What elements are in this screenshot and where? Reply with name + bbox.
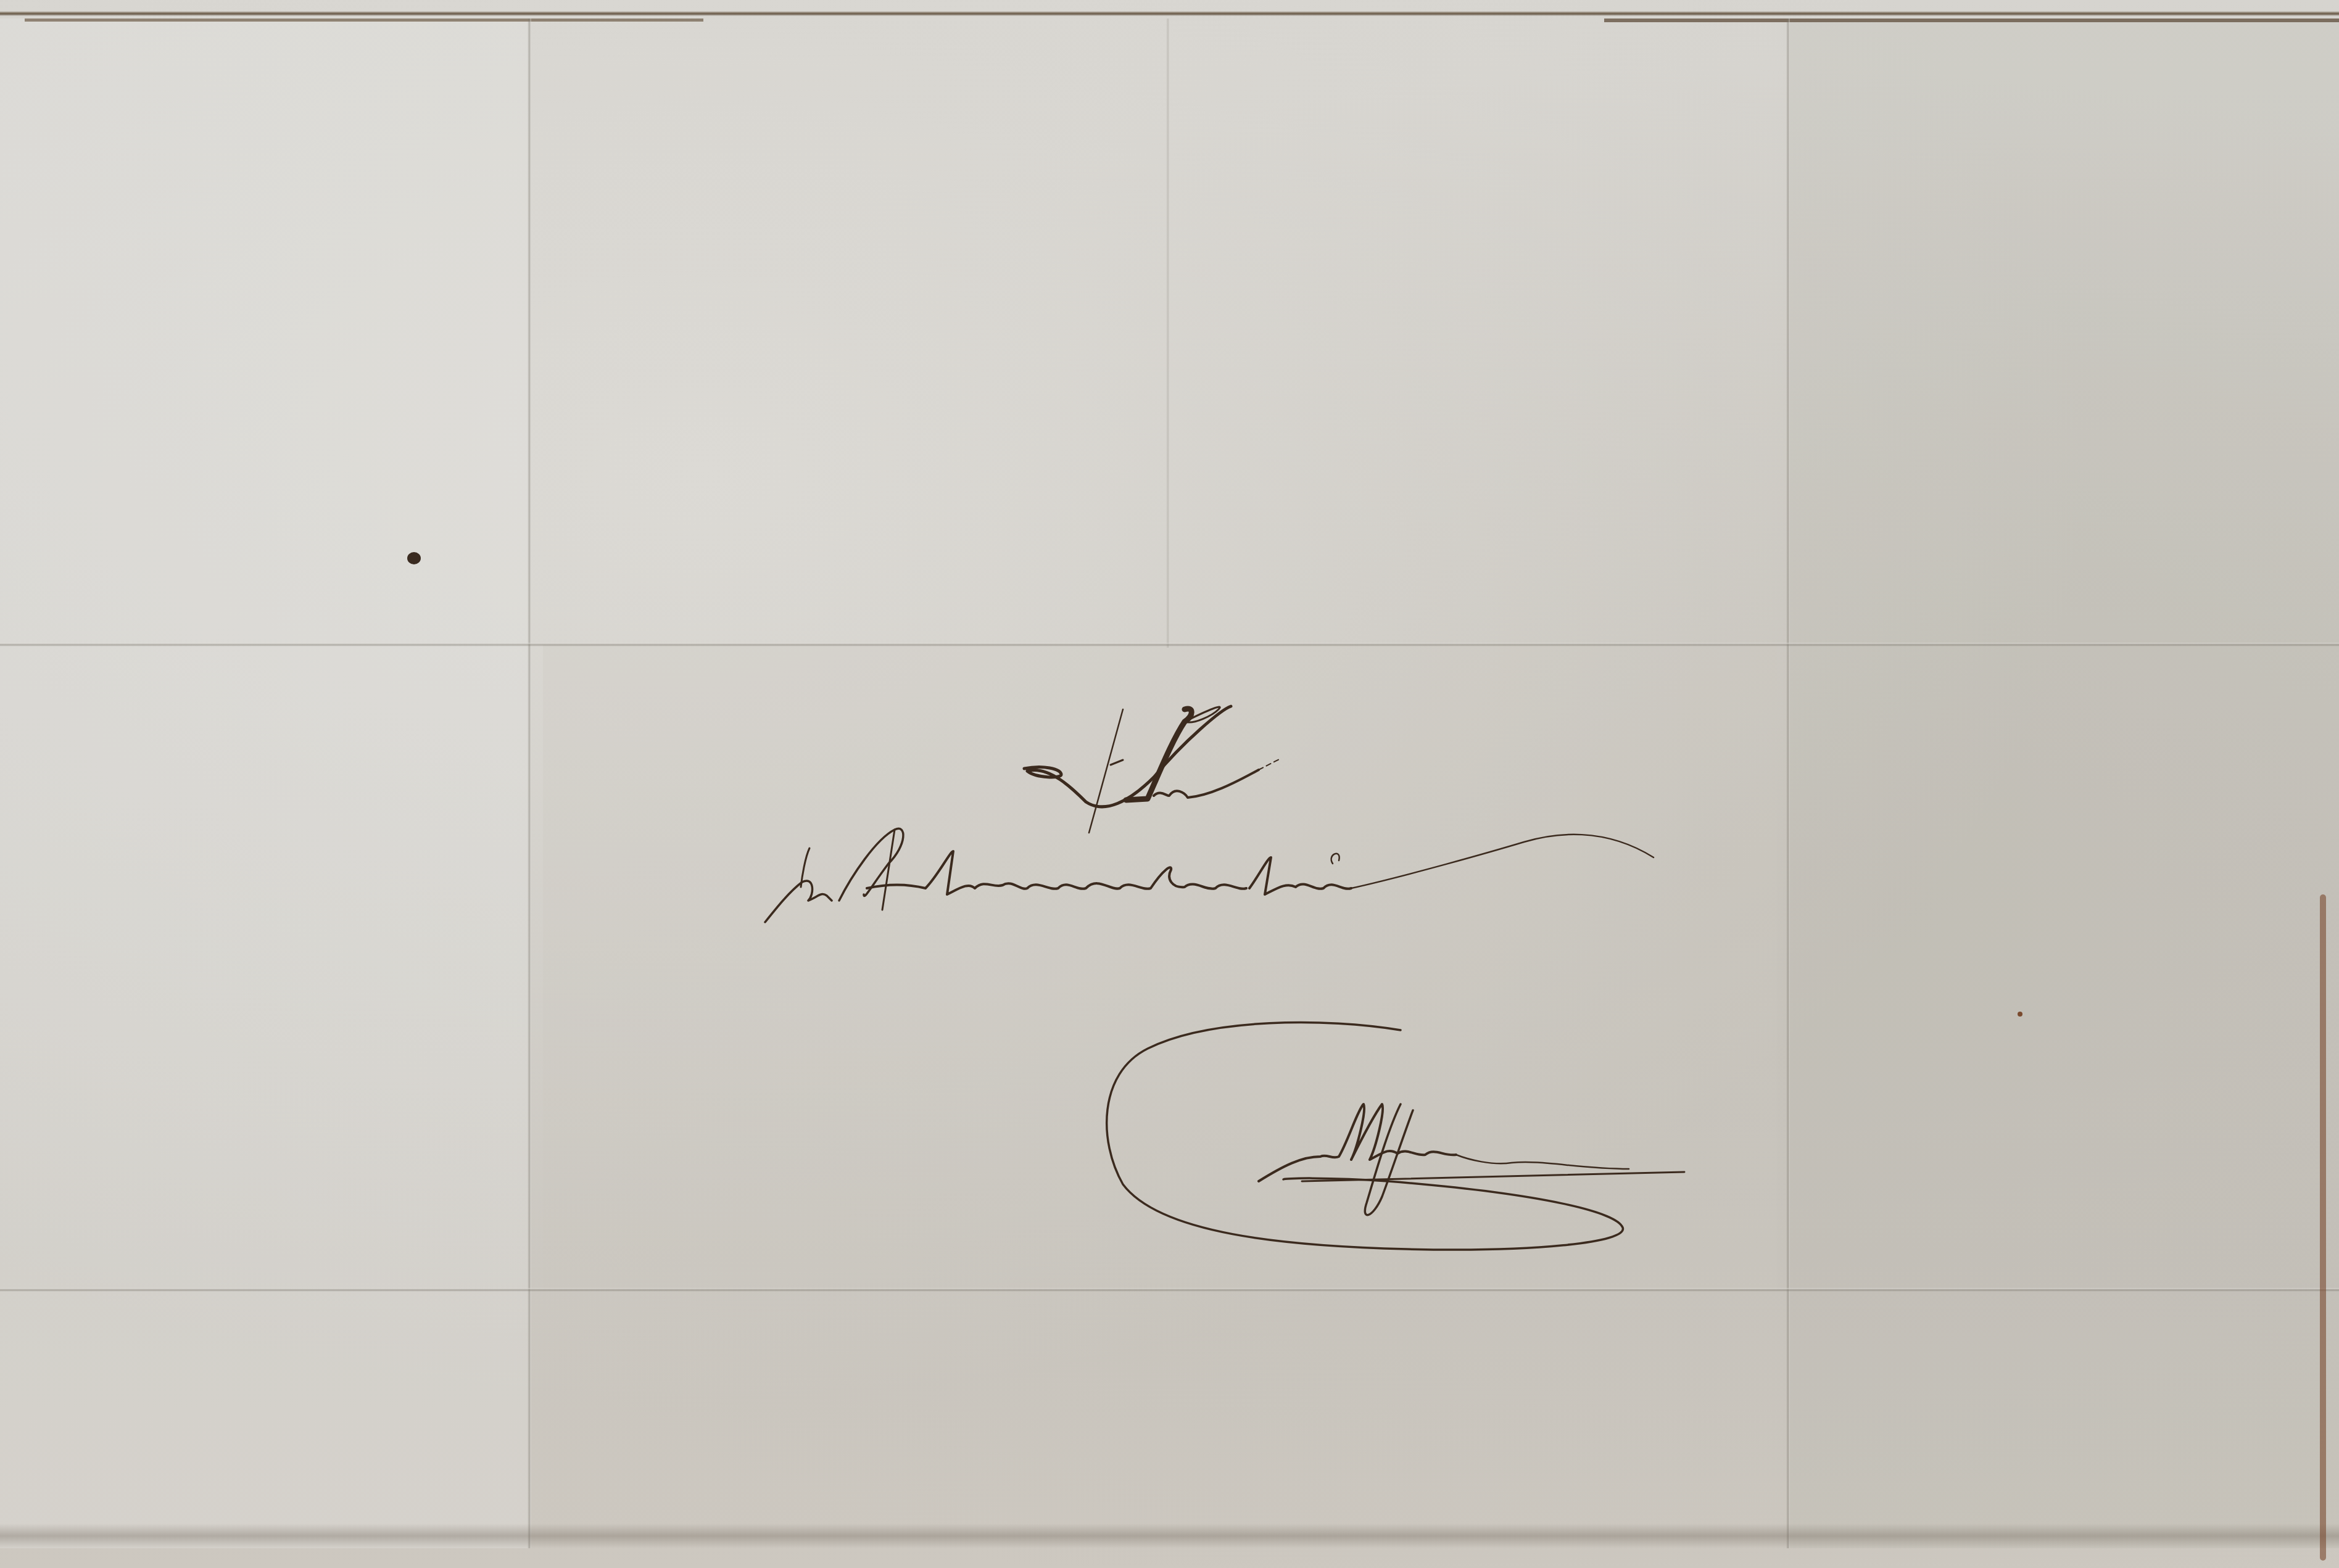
handwritten-address (0, 0, 2339, 1568)
address-line-1-script (1024, 706, 1280, 833)
letter-sheet: An die Stadtverordneten Cellheim (0, 0, 2339, 1568)
address-line-2-script (765, 828, 1654, 922)
address-line-3-script (1107, 1023, 1684, 1250)
